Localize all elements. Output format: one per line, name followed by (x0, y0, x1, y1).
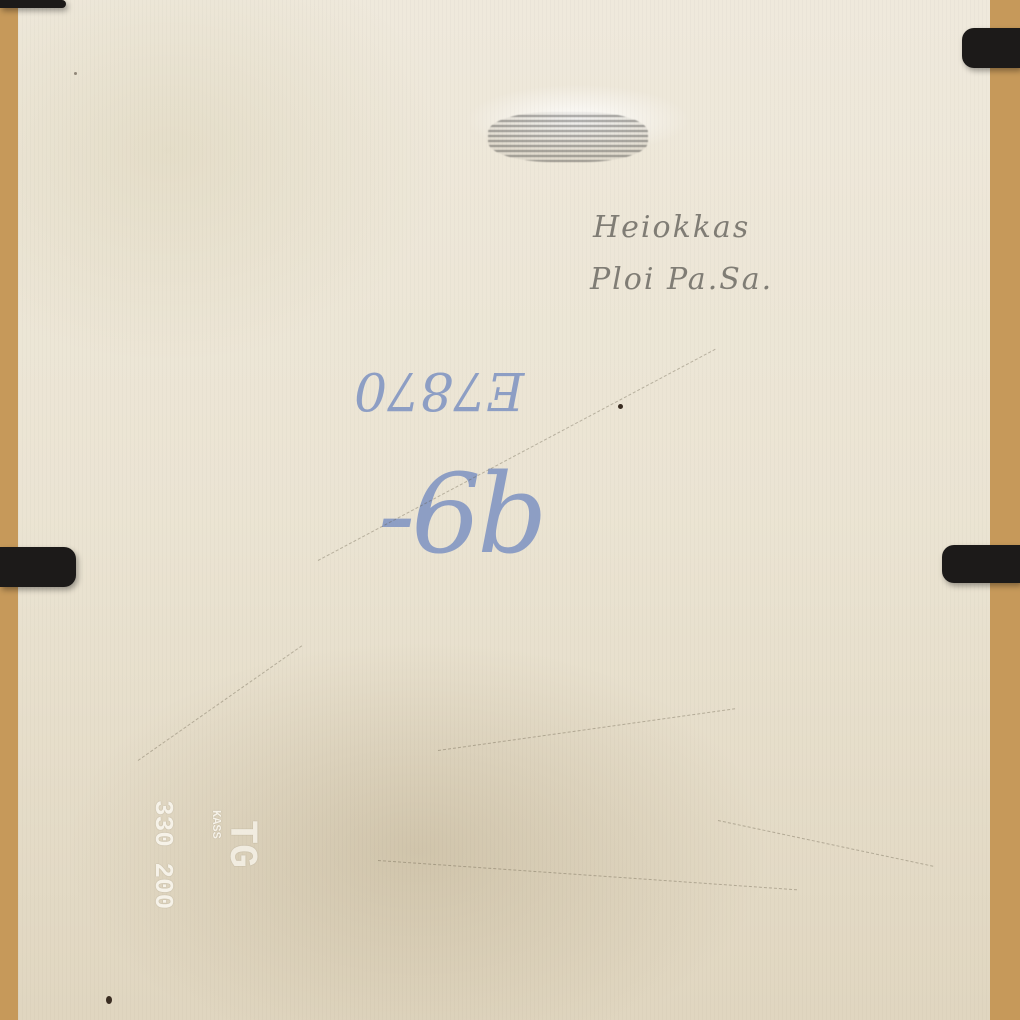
frame-clip-top-right (962, 28, 1020, 68)
backing-board: Heiokkas Ploi Pa.Sa. E7870 -6b 330 200 K… (18, 0, 990, 1020)
speck (618, 404, 623, 409)
frame-clip-top-left (0, 0, 66, 8)
faint-scribble (378, 860, 797, 890)
pencil-inscription-line-2: Ploi Pa.Sa. (590, 262, 773, 297)
frame-clip-left (0, 547, 76, 587)
speck (74, 72, 77, 75)
faint-scribble (138, 645, 302, 761)
faint-scribble (718, 820, 933, 867)
faint-scribble (438, 708, 735, 751)
embossed-mark: TG (218, 820, 263, 868)
speck (106, 996, 112, 1004)
frame-clip-right (942, 545, 1020, 583)
blue-pencil-number: E7870 (354, 360, 524, 420)
embossed-size-stamp: 330 200 (148, 800, 178, 909)
erased-smudge (488, 112, 648, 162)
pencil-inscription-line-1: Heiokkas (593, 210, 750, 245)
